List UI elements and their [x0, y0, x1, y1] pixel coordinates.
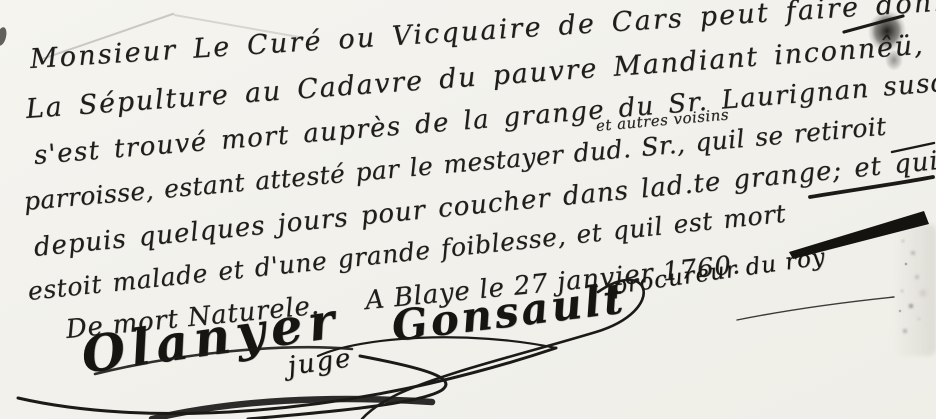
hatch-mark-2 — [501, 346, 547, 360]
underline-procurator — [737, 297, 894, 320]
paraph-heavy-stroke — [152, 399, 432, 419]
hatch-mark-1 — [497, 351, 549, 366]
bleedthrough-specks — [0, 0, 2, 2]
manuscript-page: Monsieur Le Curé ou Vicquaire de Cars pe… — [0, 0, 936, 419]
bleedthrough-wash — [893, 224, 936, 356]
left-edge-mark — [0, 26, 8, 47]
